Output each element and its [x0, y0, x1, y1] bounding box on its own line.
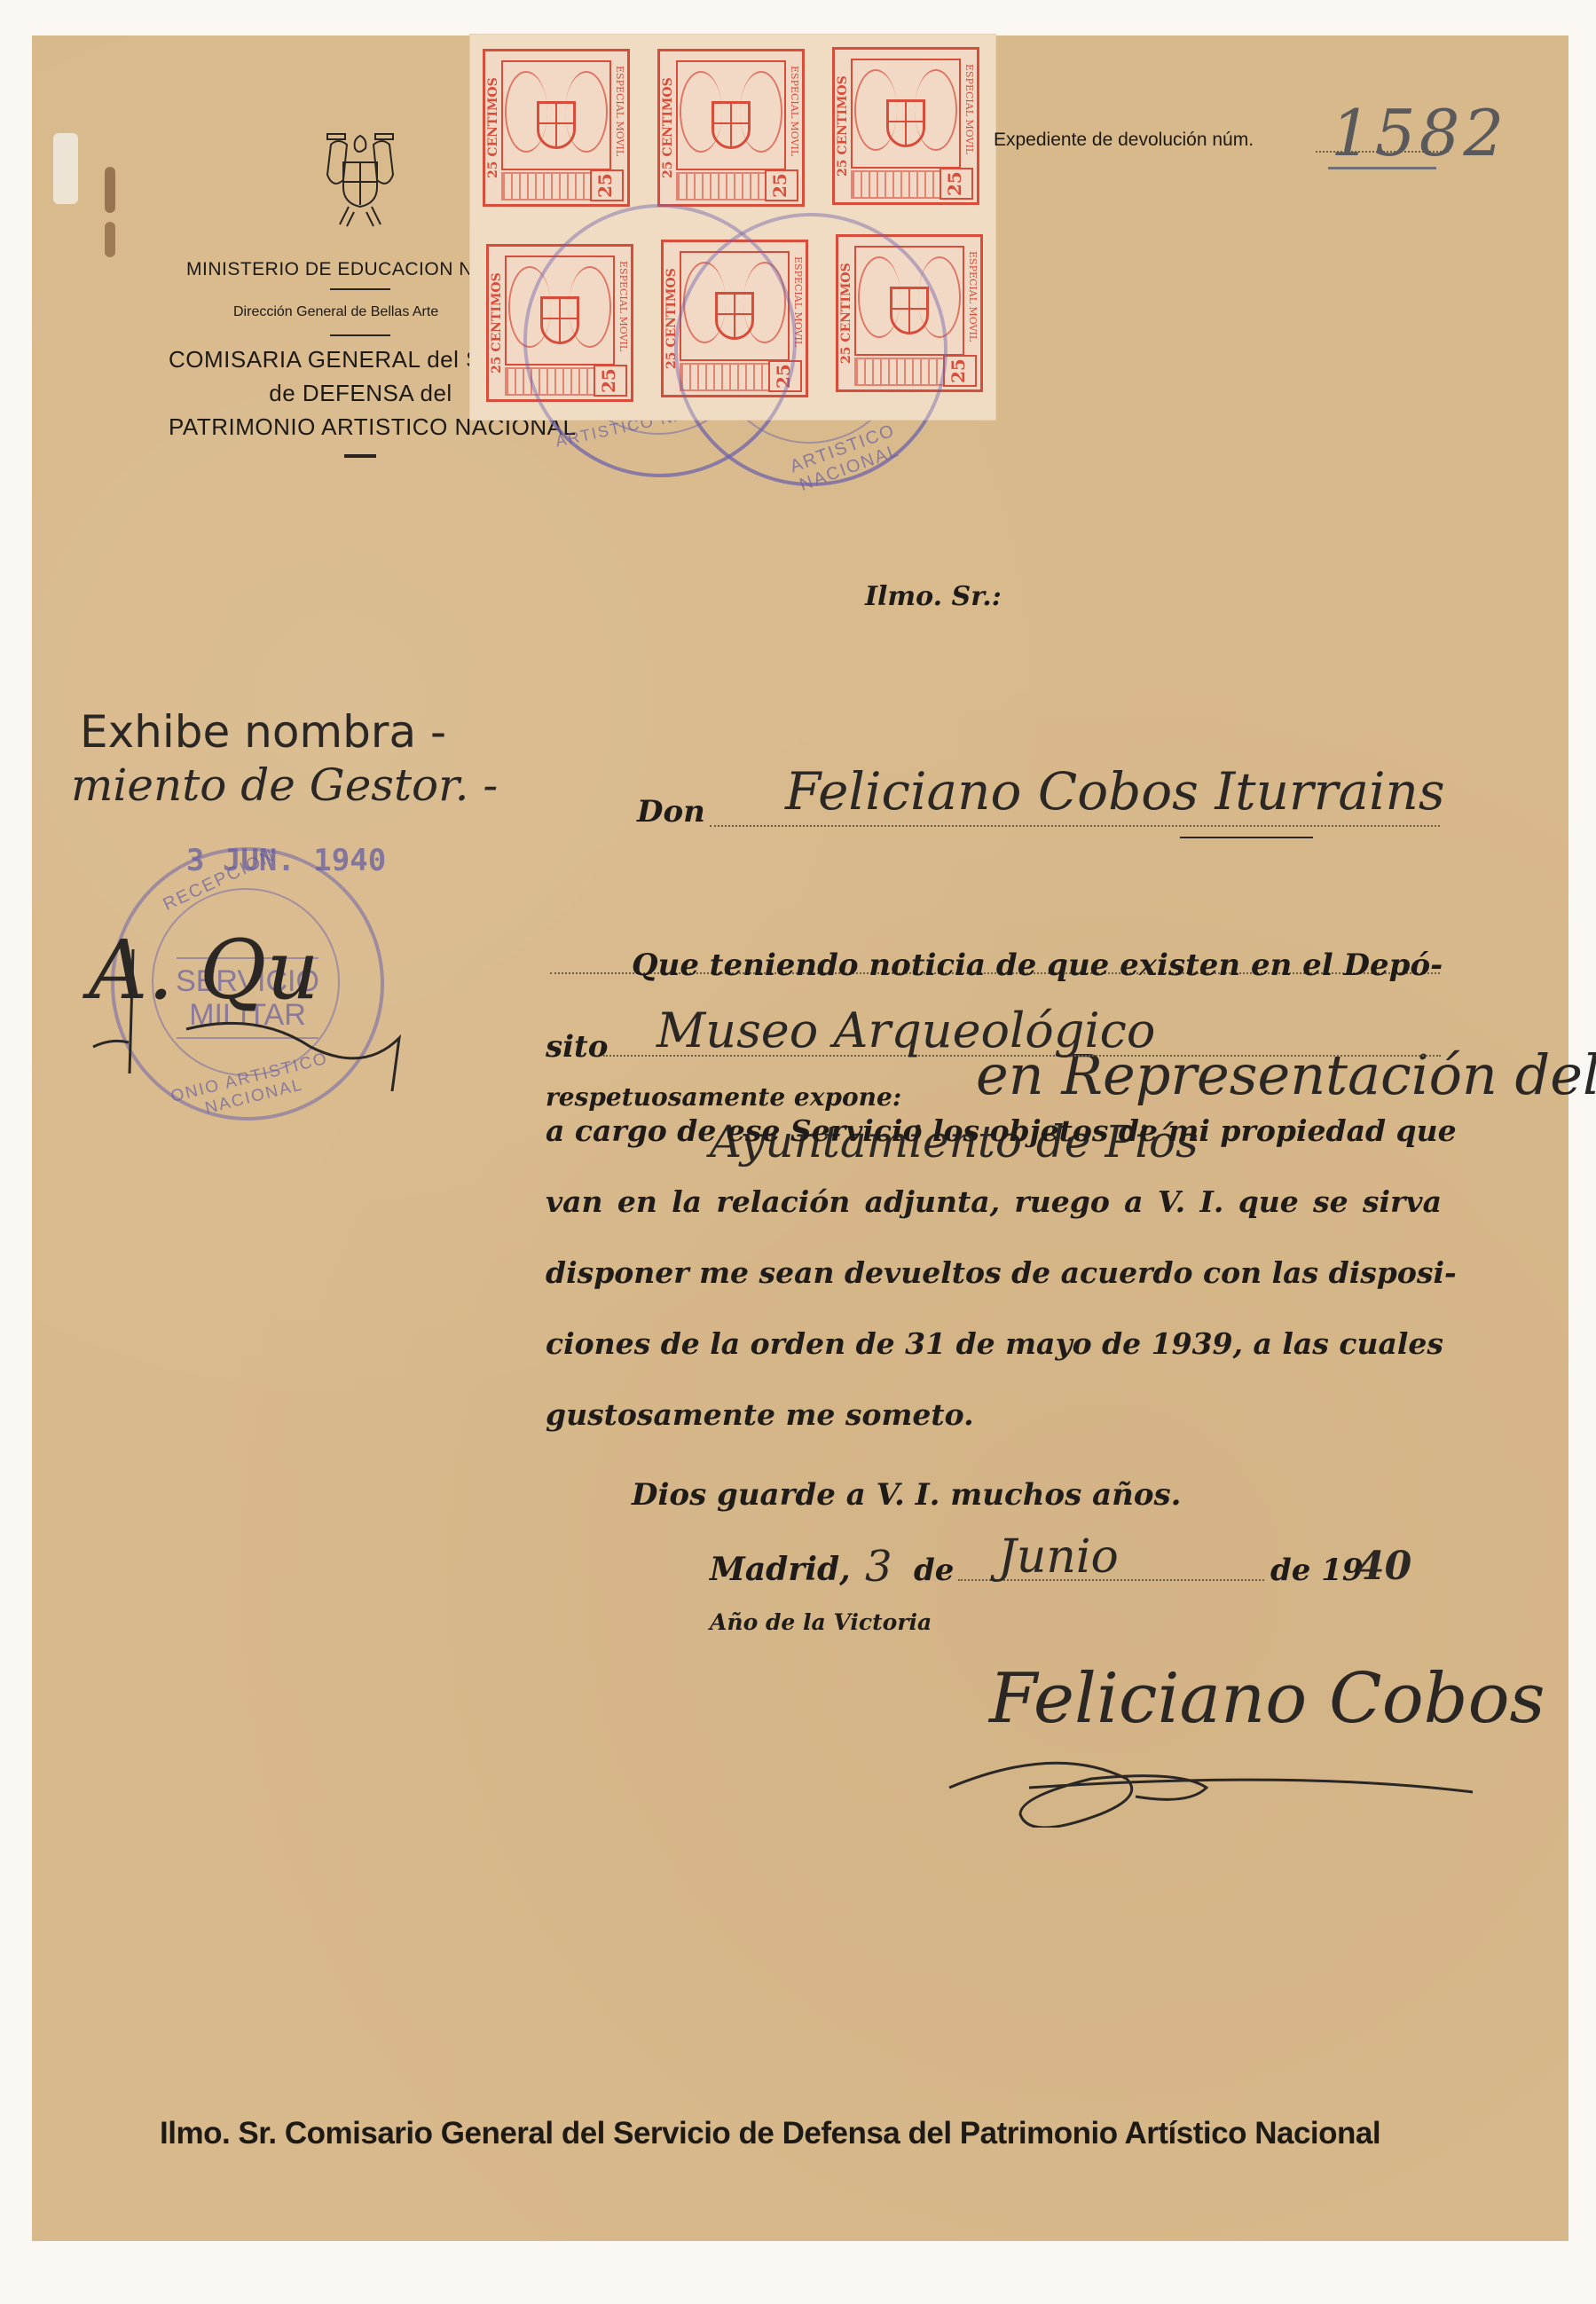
margin-note-line1: Exhibe nombra - [80, 706, 446, 758]
file-number-value: 1582 [1331, 96, 1507, 170]
body-line: disponer me sean devueltos de acuerdo co… [546, 1255, 1442, 1290]
don-dotline [710, 825, 1440, 827]
margin-signature-stroke [80, 932, 506, 1091]
expone-label: respetuosamente expone: [546, 1082, 901, 1112]
received-date: 3 JUN. 1940 [186, 843, 386, 878]
binding-stain [105, 222, 115, 257]
deposit-value: Museo Arqueológico [656, 1003, 1155, 1058]
file-number-underline [1328, 167, 1436, 169]
de-label: de [914, 1553, 954, 1588]
revenue-stamp: 25 CENTIMOS ESPECIAL MOVIL 25 [657, 49, 805, 207]
revenue-stamp: 25 CENTIMOS ESPECIAL MOVIL 25 [836, 234, 983, 392]
body-line: ciones de la orden de 31 de mayo de 1939… [546, 1326, 1442, 1361]
letterhead-divider [330, 288, 390, 290]
signature-flourish [923, 1739, 1508, 1828]
revenue-stamp: 25 CENTIMOS ESPECIAL MOVIL 25 [832, 47, 979, 205]
applicant-signature: Feliciano Cobos [989, 1659, 1545, 1739]
body-line: van en la relación adjunta, ruego a V. I… [546, 1184, 1442, 1219]
closing-line: Dios guarde a V. I. muchos años. [632, 1477, 1181, 1513]
year-motto: Año de la Victoria [710, 1609, 932, 1635]
year-label: de 19 [1270, 1553, 1364, 1588]
letterhead-divider [330, 334, 390, 336]
revenue-stamp: 25 CENTIMOS ESPECIAL MOVIL 25 [483, 49, 630, 207]
margin-note-line2: miento de Gestor. - [71, 759, 498, 811]
revenue-stamp-block: 25 CENTIMOS ESPECIAL MOVIL 25 25 CENTIMO… [470, 35, 995, 420]
month-value: Junio [998, 1530, 1119, 1584]
salutation: Ilmo. Sr.: [865, 581, 1002, 612]
directorate-name: Dirección General de Bellas Arte [233, 304, 438, 320]
paragraph-first-line: Que teniendo noticia de que existen en e… [632, 948, 1443, 983]
letterhead-short-rule [344, 454, 376, 458]
don-value: Feliciano Cobos Iturrains [785, 761, 1445, 822]
deposit-prefix: sito [546, 1029, 608, 1065]
binding-stain [105, 167, 115, 213]
don-label: Don [637, 794, 705, 830]
don-underline [1180, 837, 1313, 838]
day-value: 3 [865, 1542, 892, 1592]
revenue-stamp: 25 CENTIMOS ESPECIAL MOVIL 25 [661, 240, 808, 397]
ministry-name: MINISTERIO DE EDUCACION NAC [186, 259, 499, 280]
year-value: 40 [1357, 1544, 1411, 1589]
place-label: Madrid, [710, 1551, 851, 1588]
body-line: a cargo de ese Servicio los objetos de m… [546, 1113, 1442, 1148]
coat-of-arms-icon [322, 127, 398, 232]
binding-stain [53, 133, 78, 204]
file-number-label: Expediente de devolución núm. [994, 130, 1254, 151]
addressee-footer: Ilmo. Sr. Comisario General del Servicio… [160, 2116, 1380, 2151]
revenue-stamp: 25 CENTIMOS ESPECIAL MOVIL 25 [486, 244, 633, 402]
body-line: gustosamente me someto. [546, 1397, 974, 1432]
